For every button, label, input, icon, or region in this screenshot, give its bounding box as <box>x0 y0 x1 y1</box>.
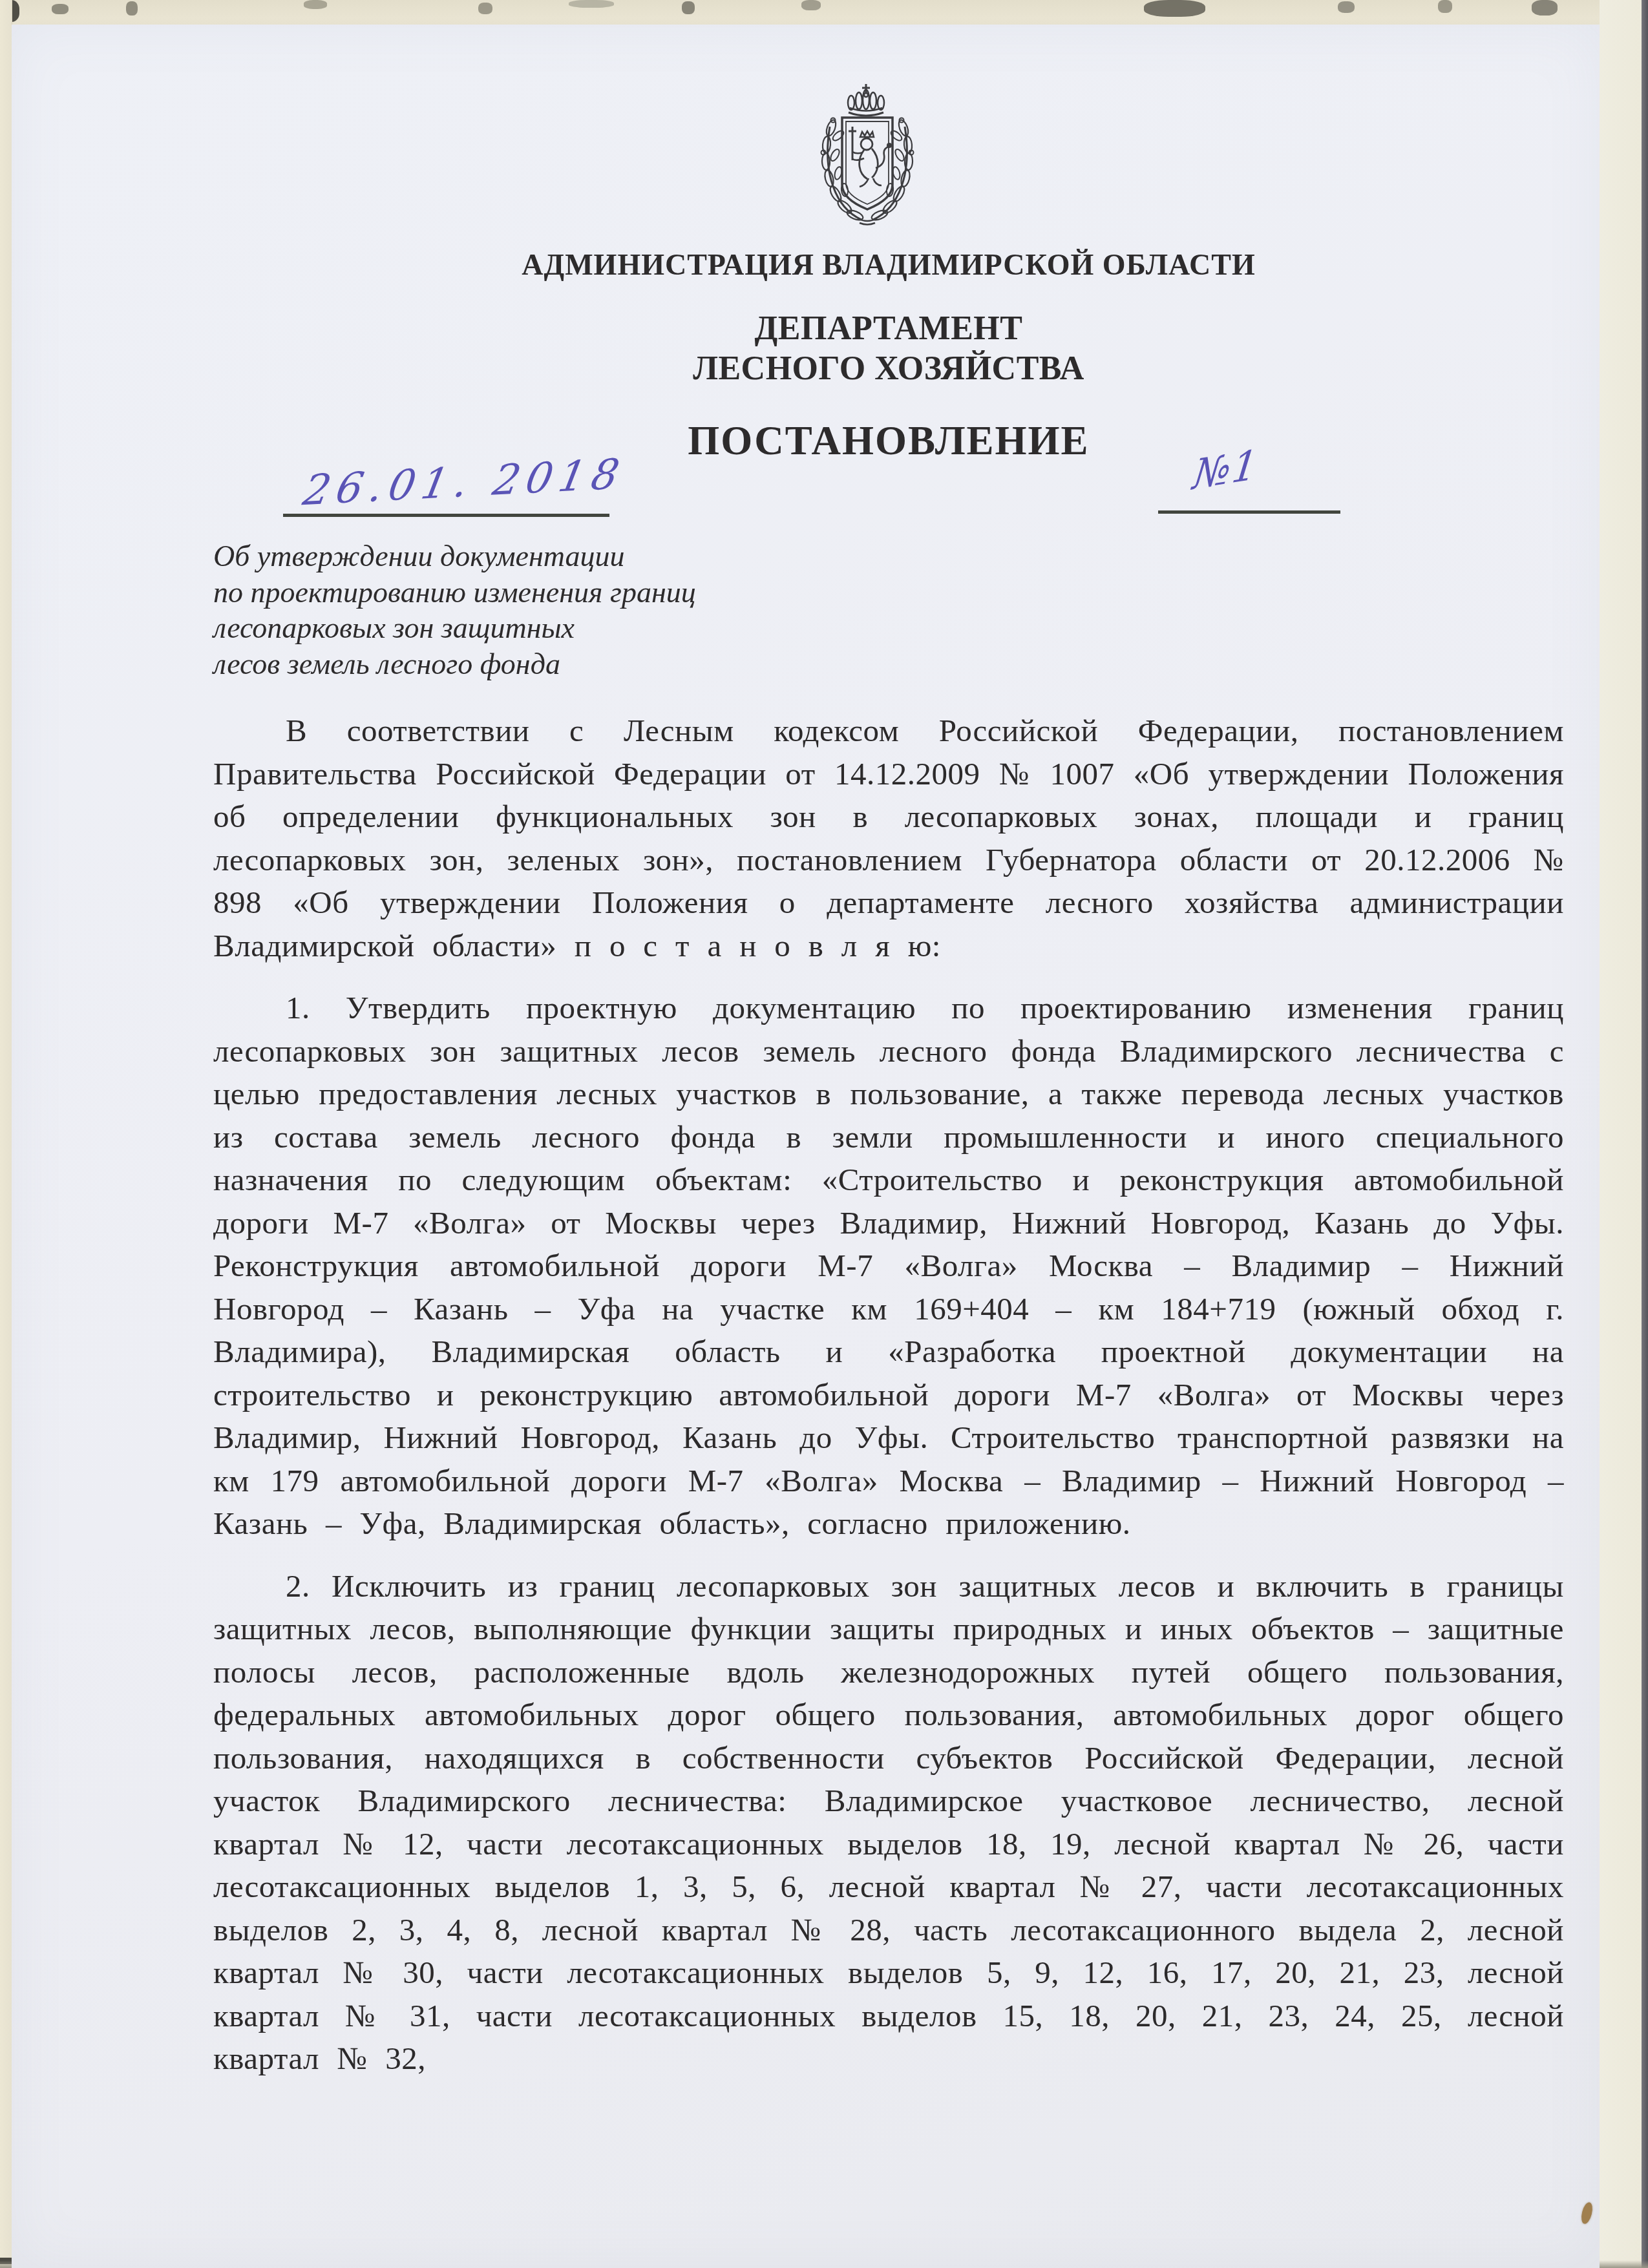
scanned-document-page: АДМИНИСТРАЦИЯ ВЛАДИМИРСКОЙ ОБЛАСТИ ДЕПАР… <box>0 0 1648 2268</box>
department-line2: ЛЕСНОГО ХОЗЯЙСТВА <box>116 349 1648 389</box>
paper-stain <box>1579 2201 1594 2225</box>
document-body: В соответствии с Лесным кодексом Российс… <box>213 709 1564 2081</box>
scan-top-edge <box>0 0 1648 26</box>
document-subject: Об утверждении документации по проектиро… <box>213 538 847 682</box>
body-paragraph-preamble: В соответствии с Лесным кодексом Российс… <box>213 709 1564 967</box>
department-line1: ДЕПАРТАМЕНТ <box>116 309 1648 349</box>
date-underline <box>283 514 609 517</box>
handwritten-number: №1 <box>1190 440 1262 499</box>
vladimir-oblast-coat-of-arms-emblem <box>805 81 927 231</box>
subject-line: лесов земель лесного фонда <box>213 646 847 682</box>
scan-left-edge <box>0 0 12 2268</box>
subject-line: лесопарковых зон защитных <box>213 610 847 646</box>
subject-line: по проектированию изменения границ <box>213 574 847 611</box>
body-paragraph-item-1: 1. Утвердить проектную документацию по п… <box>213 987 1564 1546</box>
document-paper: АДМИНИСТРАЦИЯ ВЛАДИМИРСКОЙ ОБЛАСТИ ДЕПАР… <box>12 25 1600 2268</box>
number-underline <box>1158 510 1340 514</box>
body-paragraph-item-2: 2. Исключить из границ лесопарковых зон … <box>213 1565 1564 2081</box>
lion-icon <box>849 127 892 187</box>
document-type-title: ПОСТАНОВЛЕНИЕ <box>116 417 1648 465</box>
department-name: ДЕПАРТАМЕНТ ЛЕСНОГО ХОЗЯЙСТВА <box>116 309 1648 389</box>
subject-line: Об утверждении документации <box>213 538 847 574</box>
crown-icon <box>848 84 884 116</box>
organization-name: АДМИНИСТРАЦИЯ ВЛАДИМИРСКОЙ ОБЛАСТИ <box>116 247 1648 282</box>
